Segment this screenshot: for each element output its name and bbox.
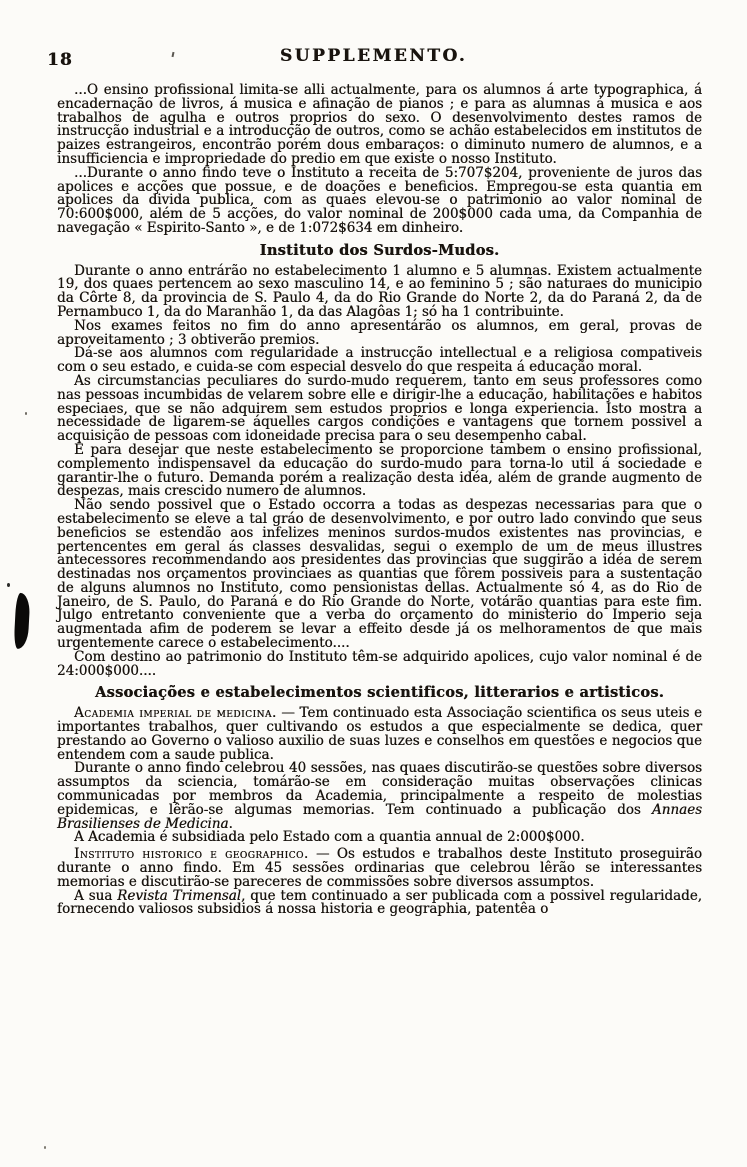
- paragraph-receita-instituto: ...Durante o anno findo teve o Instituto…: [57, 167, 702, 236]
- ink-smudge: [14, 593, 31, 650]
- paragraph-instituto-historico: Instituto historico e geographico. — Os …: [57, 848, 702, 889]
- ink-speck: [7, 583, 10, 587]
- paragraph-subsidio: A Academia é subsidiada pelo Estado com …: [57, 831, 702, 845]
- paragraph-revista-trimensal: A sua Revista Trimensal, que tem continu…: [57, 890, 702, 918]
- page-number: 18: [47, 50, 73, 70]
- document-page: 18 SUPPLEMENTO. ...O ensino profissional…: [0, 0, 747, 1167]
- paragraph-circumstancias: As circumstancias peculiares do surdo-mu…: [57, 375, 702, 444]
- paragraph-ensino-desejo: É para desejar que neste estabelecimento…: [57, 444, 702, 499]
- paragraph-instruccao: Dá-se aos alumnos com regularidade a ins…: [57, 347, 702, 375]
- paragraph-matriculas: Durante o anno entrárão no estabelecimen…: [57, 265, 702, 320]
- paragraph-orcamentos-provinciaes: Não sendo possivel que o Estado occorra …: [57, 499, 702, 651]
- page-body: ...O ensino profissional limita-se alli …: [57, 84, 702, 917]
- paragraph-sessoes-academia: Durante o anno findo celebrou 40 sessões…: [57, 762, 702, 831]
- paragraph-academia-medicina: Academia imperial de medicina. — Tem con…: [57, 707, 702, 762]
- ink-speck: [25, 412, 27, 415]
- section-heading-surdos-mudos: Instituto dos Surdos-Mudos.: [57, 244, 702, 258]
- paragraph-ensino-profissional: ...O ensino profissional limita-se alli …: [57, 84, 702, 167]
- ink-speck: [44, 1146, 46, 1149]
- section-heading-associacoes: Associações e estabelecimentos scientifi…: [57, 686, 702, 700]
- running-title: SUPPLEMENTO.: [0, 46, 747, 66]
- paragraph-sessoes-text: Durante o anno findo celebrou 40 sessões…: [57, 760, 702, 817]
- paragraph-patrimonio: Com destino ao patrimonio do Instituto t…: [57, 651, 702, 679]
- paragraph-exames: Nos exames feitos no fim do anno apresen…: [57, 320, 702, 348]
- page-header: 18 SUPPLEMENTO.: [0, 46, 747, 72]
